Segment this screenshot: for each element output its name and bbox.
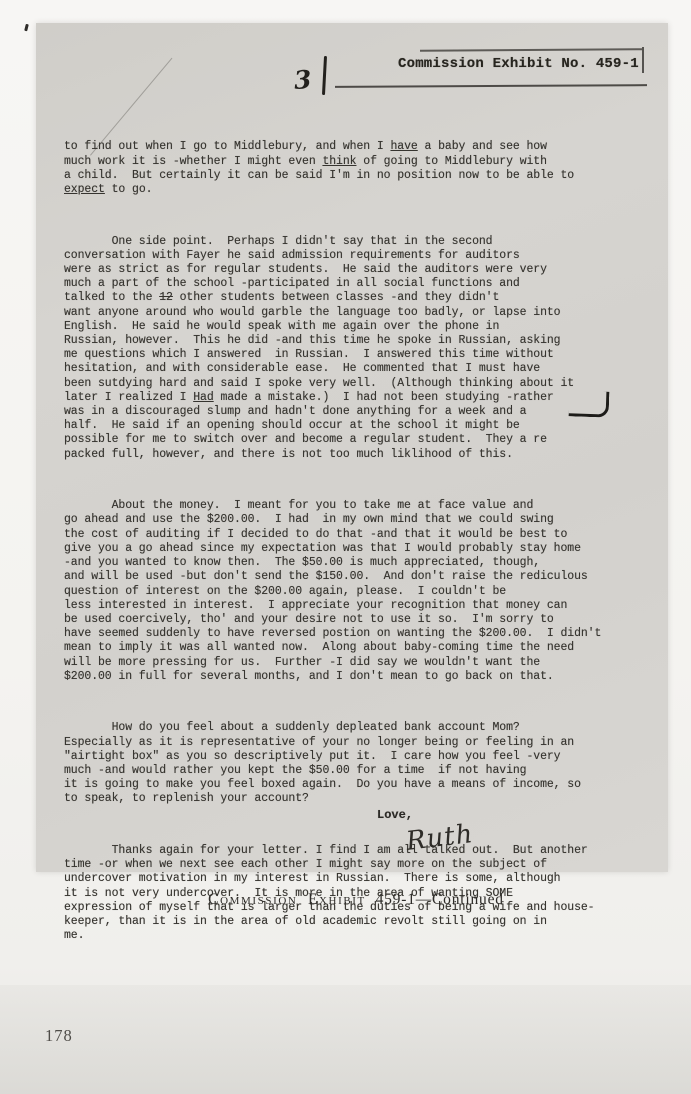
handwritten-page-number: 3 [293,64,325,95]
handwritten-hook-mark [569,390,610,417]
valediction: Love, [377,808,413,822]
letter-paragraph: to find out when I go to Middlebury, and… [64,140,630,197]
ink-speck-mark [24,24,28,31]
photostat-scan: Commission Exhibit No. 459-1 3 to find o… [36,23,668,872]
book-page-number: 178 [45,1026,73,1046]
exhibit-label-top-rule [420,48,642,51]
exhibit-caption: Commission Exhibit 459-1—Continued [21,891,691,909]
handwritten-stroke-mark [322,56,327,95]
letter-body: to find out when I go to Middlebury, and… [64,112,630,981]
exhibit-label-bottom-rule [335,84,647,88]
exhibit-label: Commission Exhibit No. 459-1 [398,56,639,72]
letter-paragraph: One side point. Perhaps I didn't say tha… [64,235,630,462]
exhibit-label-right-tick [642,47,644,73]
book-page: { "colors": { "paper": "#f4f3f0", "photo… [0,0,691,1094]
exhibit-caption-number: 459-1—Continued [376,891,504,908]
page-bottom-shading [0,985,691,1094]
exhibit-caption-label: Commission Exhibit [208,891,366,908]
letter-paragraph: How do you feel about a suddenly depleat… [64,721,630,806]
letter-paragraph: About the money. I meant for you to take… [64,499,630,684]
